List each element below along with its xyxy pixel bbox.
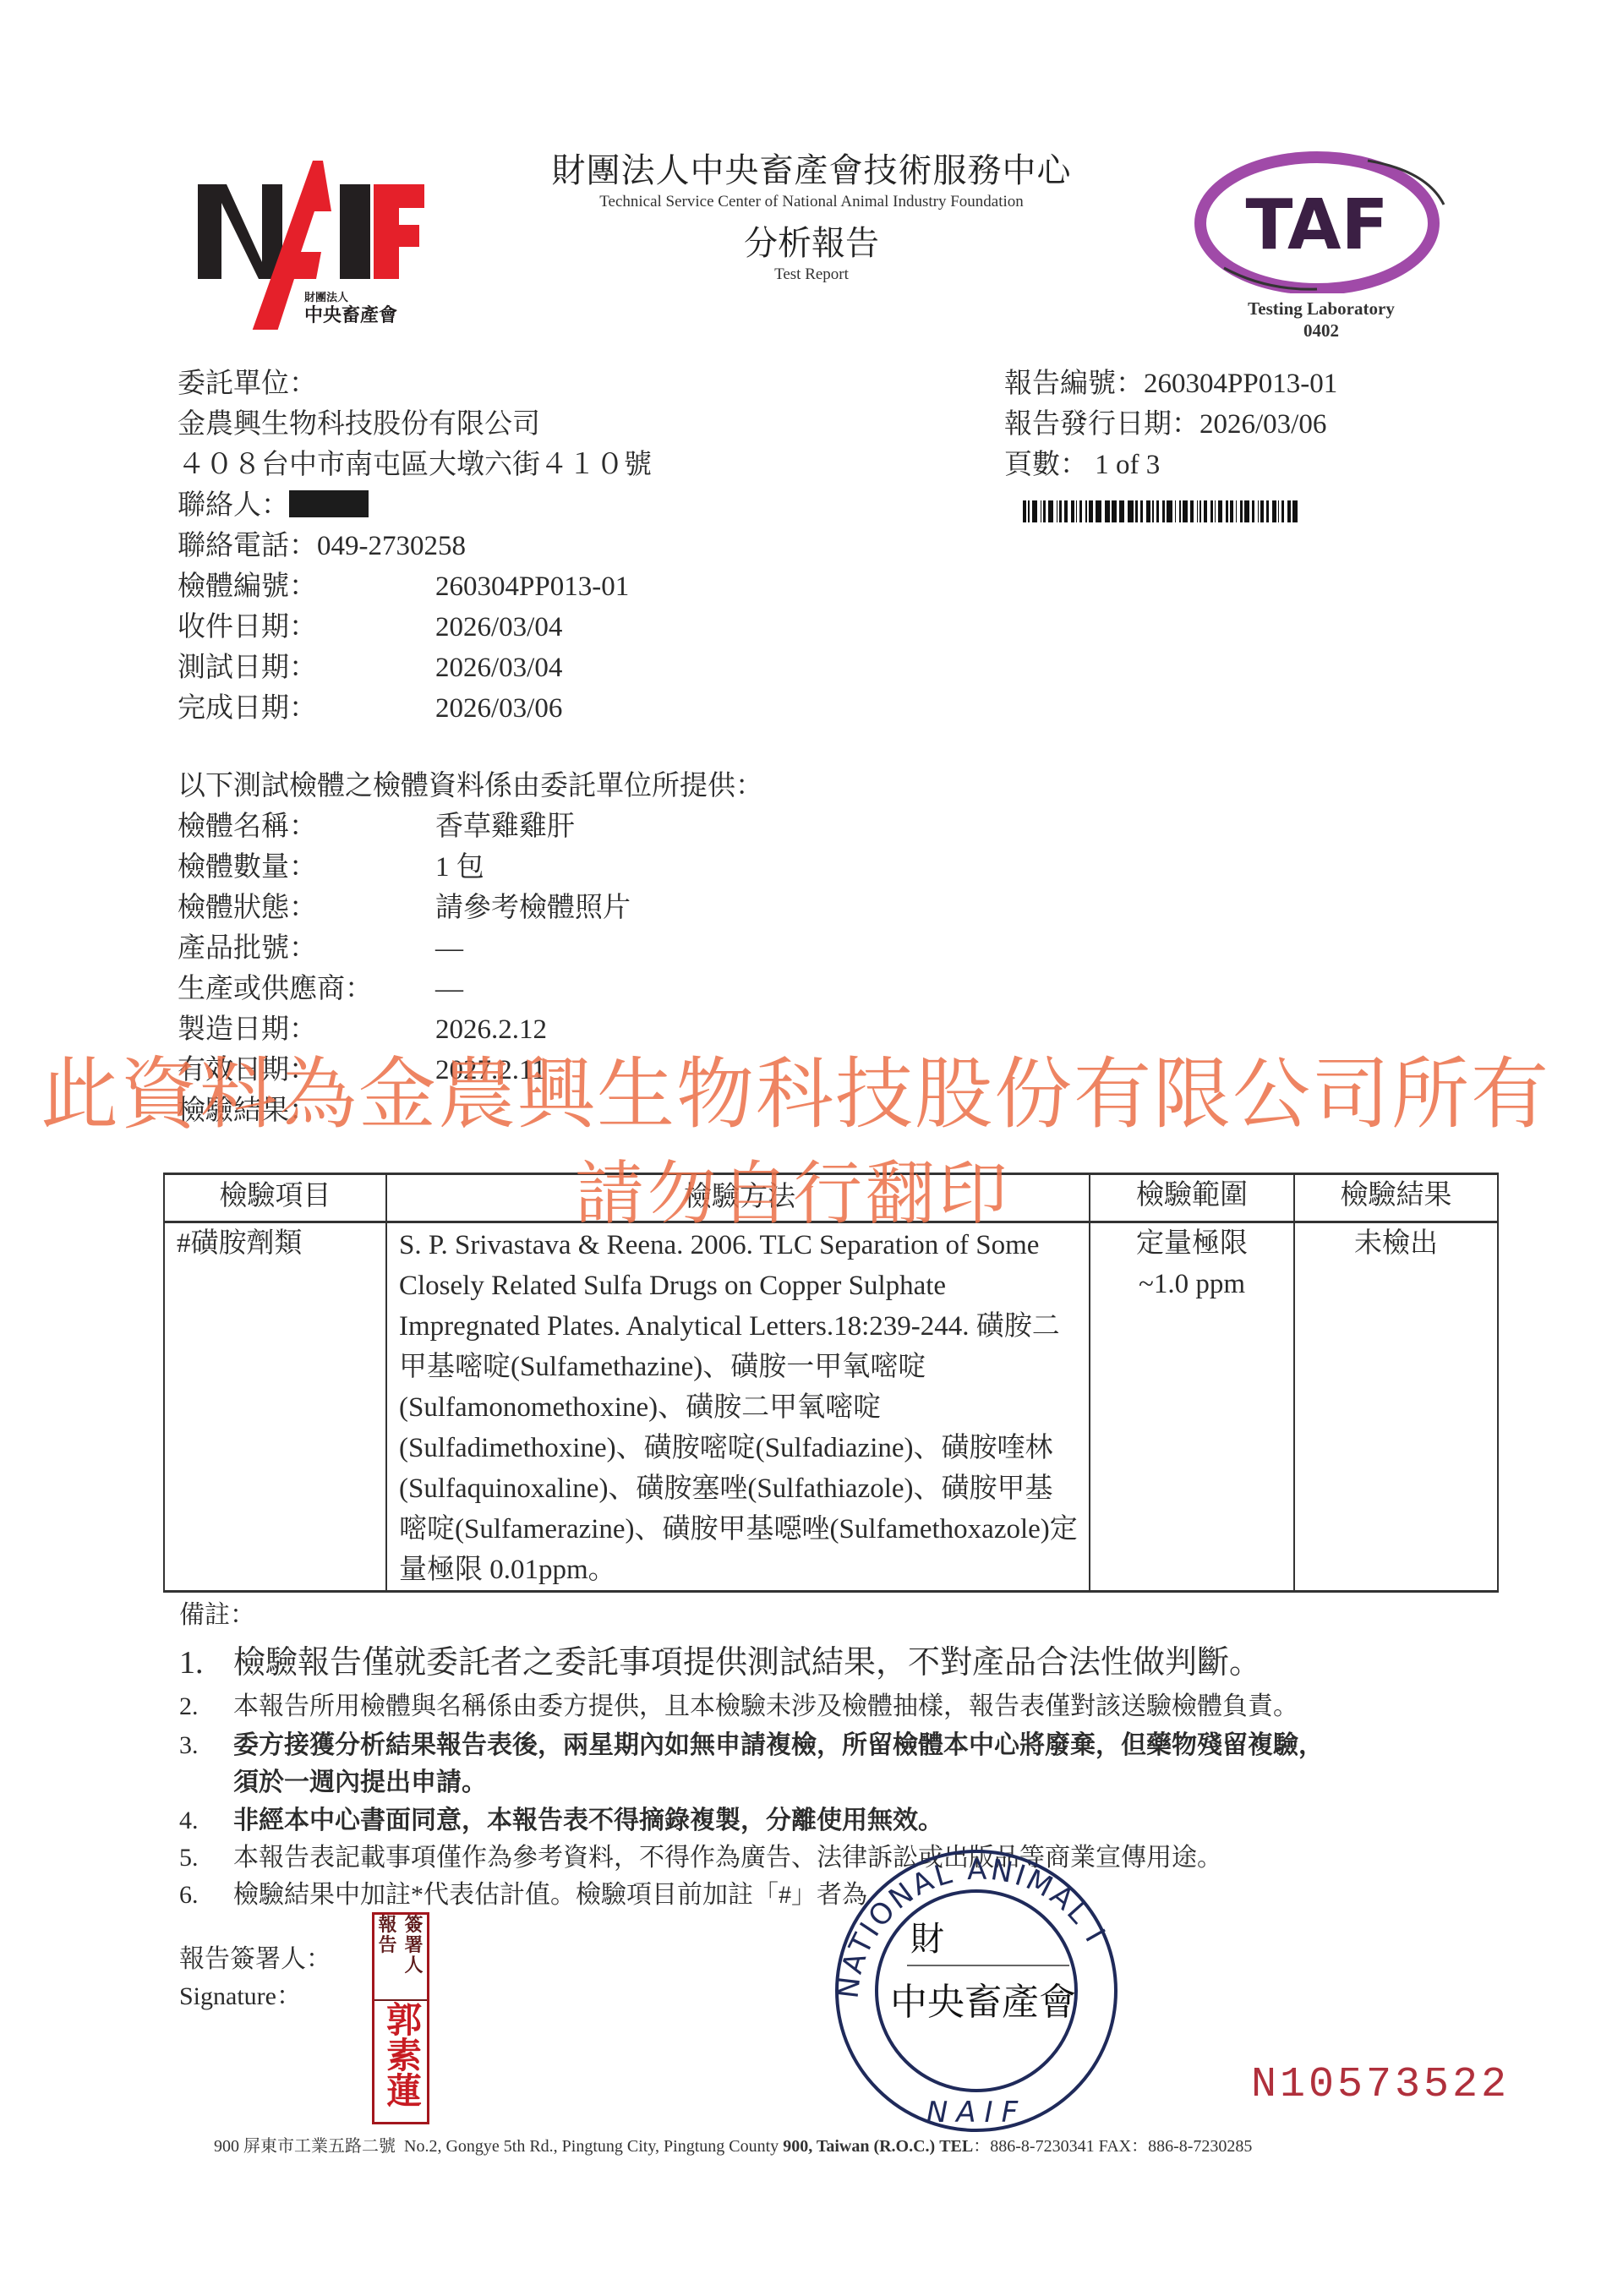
- cell-method: S. P. Srivastava & Reena. 2006. TLC Sepa…: [386, 1222, 1090, 1592]
- taf-caption: Testing Laboratory 0402: [1190, 298, 1452, 342]
- serial-number: N10573522: [1251, 2061, 1510, 2109]
- taf-logo: TAF: [1190, 145, 1452, 293]
- svg-text:中央畜產會: 中央畜產會: [304, 304, 397, 326]
- sample-row: 產品批號：—: [178, 928, 763, 969]
- svg-text:TAF: TAF: [1245, 185, 1388, 265]
- table-row: #磺胺劑類 S. P. Srivastava & Reena. 2006. TL…: [164, 1222, 1498, 1592]
- org-name-zh: 財團法人中央畜產會技術服務中心: [473, 144, 1150, 192]
- stamp-col-1: 報告: [374, 1915, 401, 1999]
- svg-text:NATIONAL ANIMAL INDUSTRY FOUND: NATIONAL ANIMAL INDUSTRY FOUNDATION: [816, 1830, 1112, 2000]
- page-count: 1 of 3: [1095, 450, 1160, 480]
- svg-text:財: 財: [910, 1920, 944, 1959]
- info-row: 收件日期：2026/03/04: [178, 607, 652, 648]
- client-label: 委託單位：: [178, 364, 652, 404]
- info-row: 測試日期：2026/03/04: [178, 648, 652, 688]
- svg-text:NAIF: NAIF: [926, 2096, 1026, 2129]
- contact-label: 聯絡人：: [178, 490, 289, 521]
- contact-redacted: [289, 490, 369, 517]
- footer-fax: FAX：886-8-7230285: [1099, 2137, 1253, 2156]
- svg-text:財團法人: 財團法人: [304, 291, 348, 304]
- col-header-range: 檢驗範圍: [1090, 1174, 1294, 1222]
- info-row: 完成日期：2026/03/06: [178, 688, 652, 729]
- phone-row: 聯絡電話：049-2730258: [178, 526, 652, 566]
- note-item: 3.委方接獲分析結果報告表後，兩星期內如無申請複檢，所留檢體本中心將廢棄，但藥物…: [179, 1724, 1324, 1761]
- cell-result: 未檢出: [1294, 1222, 1498, 1592]
- sample-row: 檢體名稱：香草雞雞肝: [178, 806, 763, 847]
- sample-row: 檢體數量：1 包: [178, 847, 763, 888]
- official-seal: NATIONAL ANIMAL INDUSTRY FOUNDATION NAIF…: [816, 1830, 1137, 2135]
- footer-address: 900 屏東市工業五路二號 No.2, Gongye 5th Rd., Ping…: [214, 2132, 1252, 2157]
- report-title-en: Test Report: [473, 265, 1150, 284]
- report-no: 260304PP013-01: [1144, 369, 1337, 399]
- signature-stamp: 報告 簽署人 郭素蓮: [372, 1912, 429, 2124]
- client-company: 金農興生物科技股份有限公司: [178, 404, 652, 445]
- sample-intro: 以下測試檢體之檢體資料係由委託單位所提供：: [178, 766, 763, 806]
- pages-row: 頁數： 1 of 3: [1004, 445, 1337, 485]
- col-header-result: 檢驗結果: [1294, 1174, 1498, 1222]
- info-row: 檢體編號：260304PP013-01: [178, 566, 652, 607]
- watermark-line-2: 請勿自行翻印: [575, 1156, 1011, 1233]
- report-title-zh: 分析報告: [473, 216, 1150, 265]
- barcode: [1023, 500, 1386, 522]
- note-item: 6.檢驗結果中加註*代表估計值。檢驗項目前加註「#」者為: [179, 1873, 867, 1911]
- svg-text:中央畜產會: 中央畜產會: [890, 1981, 1076, 2024]
- notes-title: 備註：: [179, 1594, 255, 1631]
- watermark-line-1: 此資料為金農興生物科技股份有限公司所有: [41, 1052, 1550, 1137]
- footer-tel: ：886-8-7230341: [973, 2137, 1094, 2156]
- stamp-name: 郭素蓮: [381, 2001, 420, 2107]
- report-no-row: 報告編號：260304PP013-01: [1004, 364, 1337, 404]
- contact-row: 聯絡人：: [178, 485, 652, 526]
- cell-item: #磺胺劑類: [164, 1222, 386, 1592]
- stamp-col-2: 簽署人: [401, 1915, 427, 1999]
- results-table: 檢驗項目 檢驗方法 檢驗範圍 檢驗結果 #磺胺劑類 S. P. Srivasta…: [163, 1173, 1499, 1593]
- issue-date-row: 報告發行日期：2026/03/06: [1004, 404, 1337, 445]
- issue-date: 2026/03/06: [1199, 409, 1326, 440]
- sample-row: 製造日期：2026.2.12: [178, 1009, 763, 1050]
- note-item: 1.檢驗報告僅就委託者之委託事項提供測試結果，不對產品合法性做判斷。: [179, 1636, 1261, 1682]
- sample-row: 生產或供應商：—: [178, 969, 763, 1009]
- naif-logo: 財團法人 中央畜產會: [188, 152, 424, 330]
- note-item-cont: 須於一週內提出申請。: [179, 1761, 487, 1798]
- col-header-item: 檢驗項目: [164, 1174, 386, 1222]
- phone-label: 聯絡電話：: [178, 531, 317, 561]
- cell-range: 定量極限 ~1.0 ppm: [1090, 1222, 1294, 1592]
- org-name-en: Technical Service Center of National Ani…: [473, 193, 1150, 211]
- client-info: 委託單位： 金農興生物科技股份有限公司 ４０８台中市南屯區大墩六街４１０號 聯絡…: [178, 364, 652, 729]
- signature-label: 報告簽署人： Signature：: [179, 1941, 331, 2015]
- note-item: 2.本報告所用檢體與名稱係由委方提供，且本檢驗未涉及檢體抽樣，報告表僅對該送驗檢…: [179, 1685, 1298, 1722]
- client-address: ４０８台中市南屯區大墩六街４１０號: [178, 445, 652, 485]
- report-meta: 報告編號：260304PP013-01 報告發行日期：2026/03/06 頁數…: [1004, 364, 1337, 485]
- phone-value: 049-2730258: [317, 531, 466, 561]
- sample-row: 檢體狀態：請參考檢體照片: [178, 888, 763, 928]
